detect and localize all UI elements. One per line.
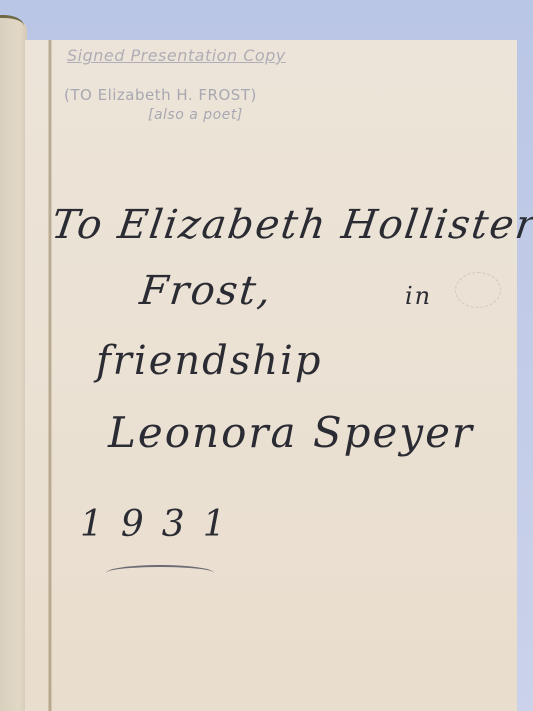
erased-smudge (455, 272, 501, 308)
pencil-also-poet-note: [also a poet] (148, 107, 243, 123)
inscription-line-in: in (405, 282, 432, 310)
inscription-date: 1931 (80, 504, 244, 545)
spine-gutter (48, 40, 52, 711)
inscription-line-to: To Elizabeth Hollister (49, 202, 533, 248)
pencil-signed-note: Signed Presentation Copy (67, 46, 286, 65)
inscription-line-frost: Frost, (138, 268, 275, 314)
inscription-signature: Leonora Speyer (108, 408, 474, 457)
inscription-line-friendship: friendship (96, 338, 322, 384)
date-underline-stroke (106, 565, 214, 581)
book-cover-edge (0, 16, 27, 711)
pencil-recipient-note: (TO Elizabeth H. FROST) (64, 86, 257, 104)
